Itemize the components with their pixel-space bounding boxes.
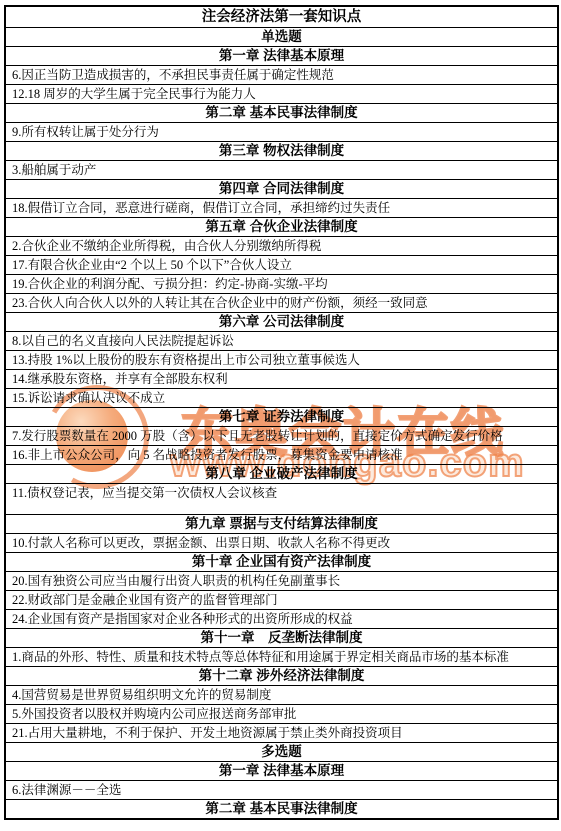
knowledge-item-row: 17.有限合伙企业由“2 个以上 50 个以下”合伙人设立 [6,255,557,274]
chapter-header-row: 第二章 基本民事法律制度 [6,799,557,818]
chapter-header-row: 第六章 公司法律制度 [6,312,557,331]
chapter-header-row: 第三章 物权法律制度 [6,141,557,160]
chapter-header-row: 第四章 合同法律制度 [6,179,557,198]
knowledge-item-row: 11.债权登记表，应当提交第一次债权人会议核查 [6,483,557,514]
chapter-header-row: 第七章 证券法律制度 [6,407,557,426]
knowledge-item-row: 18.假借订立合同，恶意进行磋商，假借订立合同，承担缔约过失责任 [6,198,557,217]
knowledge-item-row: 24.企业国有资产是指国家对企业各种形式的出资所形成的权益 [6,609,557,628]
knowledge-item-row: 5.外国投资者以股权并购境内公司应报送商务部审批 [6,704,557,723]
chapter-header-row: 第一章 法律基本原理 [6,46,557,65]
knowledge-item-row: 12.18 周岁的大学生属于完全民事行为能力人 [6,84,557,103]
table-title-row: 注会经济法第一套知识点 [6,7,557,27]
knowledge-item-row: 14.继承股东资格，并享有全部股东权利 [6,369,557,388]
chapter-header-row: 第八章 企业破产法律制度 [6,464,557,483]
knowledge-item-row: 23.合伙人向合伙人以外的人转让其在合伙企业中的财产份额，须经一致同意 [6,293,557,312]
knowledge-item-row: 2.合伙企业不缴纳企业所得税，由合伙人分别缴纳所得税 [6,236,557,255]
chapter-header-row: 第九章 票据与支付结算法律制度 [6,514,557,533]
knowledge-item-row: 15.诉讼请求确认决议不成立 [6,388,557,407]
knowledge-item-row: 1.商品的外形、特性、质量和技术特点等总体特征和用途属于界定相关商品市场的基本标… [6,647,557,666]
question-type-header-row: 单选题 [6,27,557,46]
knowledge-item-row: 8.以自己的名义直接向人民法院提起诉讼 [6,331,557,350]
knowledge-item-row: 21.占用大量耕地，不利于保护、开发土地资源属于禁止类外商投资项目 [6,723,557,742]
chapter-header-row: 第二章 基本民事法律制度 [6,103,557,122]
chapter-header-row: 第十章 企业国有资产法律制度 [6,552,557,571]
question-type-header-row: 多选题 [6,742,557,761]
chapter-header-row: 第五章 合伙企业法律制度 [6,217,557,236]
knowledge-item-row: 19.合伙企业的利润分配、亏损分担：约定-协商-实缴-平均 [6,274,557,293]
knowledge-item-row: 9.所有权转让属于处分行为 [6,122,557,141]
knowledge-item-row: 7.发行股票数量在 2000 万股（含）以下且无老股转让计划的，直接定价方式确定… [6,426,557,445]
chapter-header-row: 第十一章 反垄断法律制度 [6,628,557,647]
knowledge-item-row: 16.非上市公众公司，向 5 名战略投资者发行股票，募集资金要申请核准 [6,445,557,464]
knowledge-item-row: 20.国有独资公司应当由履行出资人职责的机构任免副董事长 [6,571,557,590]
knowledge-item-row: 6.因正当防卫造成损害的，不承担民事责任属于确定性规范 [6,65,557,84]
knowledge-item-row: 4.国营贸易是世界贸易组织明文允许的贸易制度 [6,685,557,704]
chapter-header-row: 第一章 法律基本原理 [6,761,557,780]
knowledge-item-row: 3.船舶属于动产 [6,160,557,179]
knowledge-table: 注会经济法第一套知识点单选题第一章 法律基本原理6.因正当防卫造成损害的，不承担… [4,5,559,820]
knowledge-item-row: 6.法律渊源－－全选 [6,780,557,799]
knowledge-item-row: 10.付款人名称可以更改，票据金额、出票日期、收款人名称不得更改 [6,533,557,552]
knowledge-item-row: 22.财政部门是金融企业国有资产的监督管理部门 [6,590,557,609]
chapter-header-row: 第十二章 涉外经济法律制度 [6,666,557,685]
knowledge-item-row: 13.持股 1%以上股份的股东有资格提出上市公司独立董事候选人 [6,350,557,369]
